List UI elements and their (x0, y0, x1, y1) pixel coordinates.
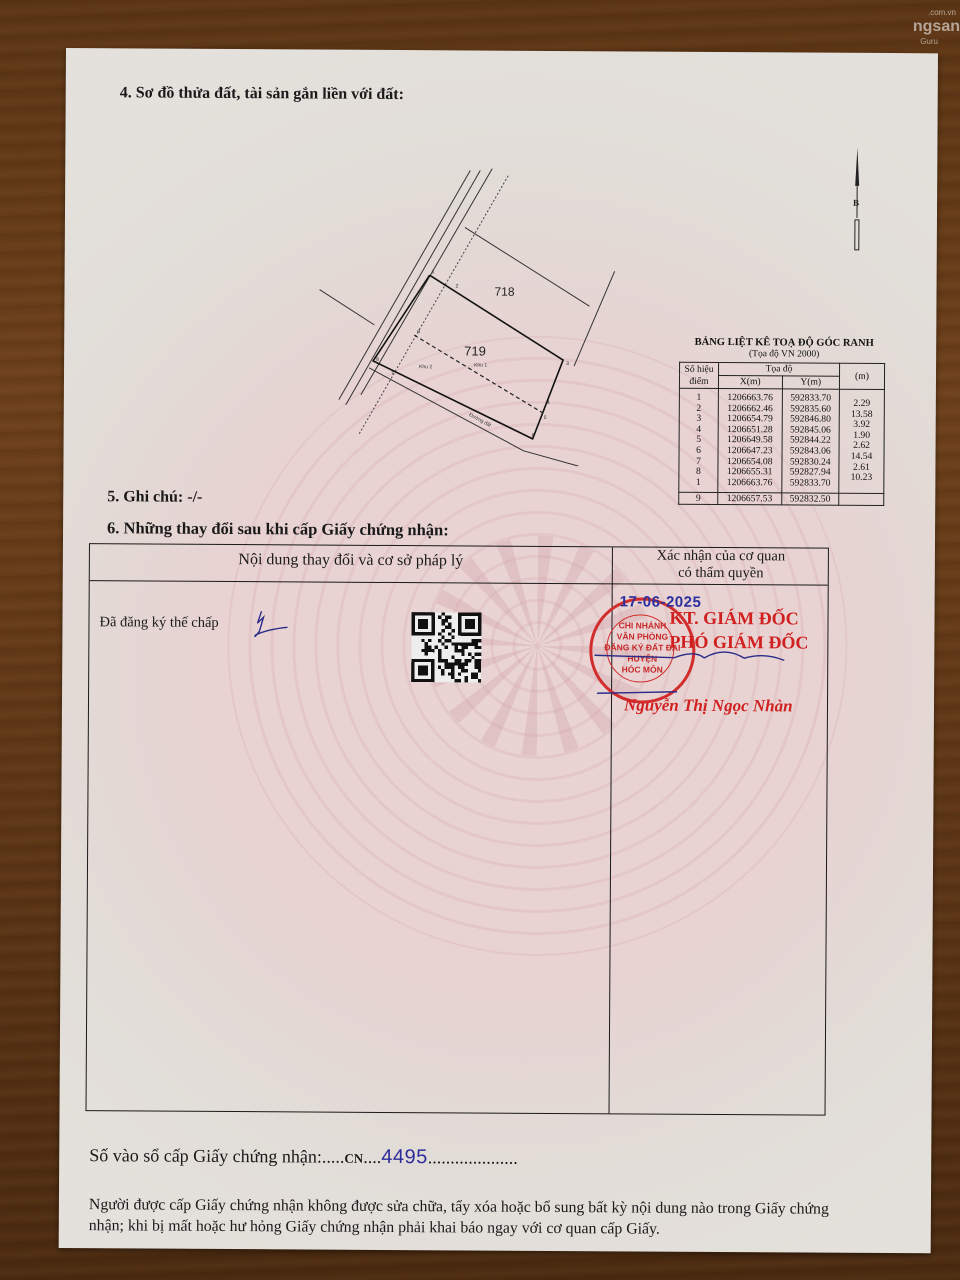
certificate-notice: Người được cấp Giấy chứng nhận không đượ… (89, 1194, 849, 1241)
x-column: 1206663.761206662.461206654.791206651.28… (718, 388, 782, 493)
point-column: 123456781 (679, 388, 719, 493)
svg-text:2: 2 (456, 283, 459, 289)
parcel-map: 718 719 Khu 1 Khu 2 Đường đất 123 456 78… (318, 165, 640, 467)
header-x: X(m) (718, 375, 782, 388)
signature-icon (594, 643, 794, 670)
column-header-confirmation: Xác nhận của cơ quan có thẩm quyền (614, 547, 828, 582)
header-coords: Tọa độ (719, 362, 840, 376)
coordinates-table-subtitle: (Tọa độ VN 2000) (684, 349, 884, 360)
svg-text:B: B (853, 198, 859, 208)
svg-text:Khu 2: Khu 2 (419, 364, 432, 370)
signer-name: Nguyễn Thị Ngọc Nhàn (624, 695, 793, 716)
parcel-label-719: 719 (464, 343, 486, 358)
section-5-note: 5. Ghi chú: -/- (107, 488, 202, 507)
length-column: 2.2913.583.921.902.6214.542.6110.23 (839, 389, 885, 494)
header-length: (m) (839, 363, 884, 389)
section-6-title: 6. Những thay đổi sau khi cấp Giấy chứng… (107, 518, 449, 540)
svg-text:7: 7 (391, 371, 394, 377)
header-point: Số hiệu điểm (679, 362, 718, 388)
svg-text:1: 1 (432, 269, 435, 275)
svg-text:3: 3 (566, 361, 569, 367)
extra-point: 9 (679, 493, 718, 505)
registration-number-line: Số vào sổ cấp Giấy chứng nhận:.....CN...… (89, 1144, 518, 1170)
signer-title-1: KT. GIÁM ĐỐC (669, 608, 798, 630)
watermark-domain: .com.vn (928, 8, 956, 17)
svg-text:5: 5 (544, 415, 547, 421)
y-column: 592833.70592835.60592846.80592845.065928… (781, 389, 839, 494)
coordinates-table-title: BẢNG LIỆT KÊ TOẠ ĐỘ GÓC RANH (684, 337, 884, 349)
section-4-title: 4. Sơ đồ thửa đất, tài sản gắn liền với … (120, 84, 404, 104)
parcel-label-718: 718 (494, 285, 514, 299)
extra-x: 1206657.53 (718, 493, 782, 505)
registration-number: 4495 (381, 1146, 428, 1168)
extra-y: 592832.50 (781, 493, 839, 505)
changes-table: Nội dung thay đổi và cơ sở pháp lý Xác n… (86, 543, 829, 1116)
coordinates-table: Số hiệu điểm Tọa độ (m) X(m) Y(m) 123456… (678, 362, 885, 507)
svg-text:9: 9 (417, 329, 420, 335)
svg-text:8: 8 (376, 357, 379, 363)
svg-text:Khu 1: Khu 1 (474, 362, 487, 368)
watermark-sub: Guru (920, 37, 938, 46)
north-arrow-icon: B (850, 148, 865, 258)
header-y: Y(m) (782, 376, 840, 389)
svg-text:6: 6 (532, 433, 535, 439)
initial-signature-icon (249, 609, 289, 641)
watermark-brand: ngsan (913, 18, 960, 36)
svg-text:Đường đất: Đường đất (468, 412, 493, 429)
svg-text:4: 4 (547, 400, 550, 406)
land-certificate-page: 4. Sơ đồ thửa đất, tài sản gắn liền với … (59, 48, 938, 1253)
qr-code-icon (411, 612, 481, 682)
column-header-content: Nội dung thay đổi và cơ sở pháp lý (90, 550, 612, 571)
change-entry-mortgage: Đã đăng ký thế chấp (99, 614, 218, 632)
